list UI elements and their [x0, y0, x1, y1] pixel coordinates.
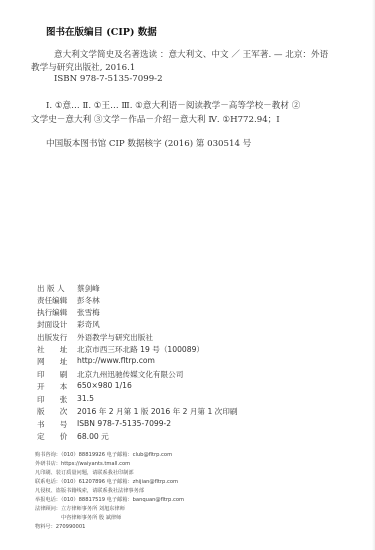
row-value: 2016 年 2 月第 1 版 2016 年 2 月第 1 次印刷	[77, 406, 237, 417]
row-label: 书 号	[37, 419, 77, 430]
row-label: 责任编辑	[37, 295, 77, 306]
row-label: 版 次	[37, 406, 77, 417]
cip-verification-number: 中国版本图书馆 CIP 数据核字 (2016) 第 030514 号	[46, 137, 251, 149]
copyright-row-isbn: 书 号 ISBN 978-7-5135-7099-2	[37, 419, 171, 430]
copyright-row-distributor: 出版发行 外语教学与研究出版社	[37, 332, 153, 343]
contact-line: 法律顾问：立方律师事务所 刘旭东律师	[35, 505, 125, 512]
cip-book-line-2: 教学与研究出版社, 2016.1	[31, 61, 135, 73]
cip-classification-line-1: Ⅰ. ①意… Ⅱ. ①王… Ⅲ. ①意大利语－阅读教学－高等学校－教材 ②	[46, 99, 300, 111]
copyright-row-publisher: 出 版 人 蔡剑峰	[37, 283, 100, 294]
contact-line: 中咨律师事务所 殷 斌律师	[35, 514, 121, 521]
contact-line: 举报电话：（010）88817519 电子邮箱：banquan@fltrp.co…	[35, 496, 184, 503]
cip-isbn: ISBN 978-7-5135-7099-2	[54, 74, 163, 84]
row-label: 封面设计	[37, 319, 77, 330]
row-value: 张雪梅	[77, 307, 100, 318]
cip-title: 图书在版编目 (CIP) 数据	[46, 24, 157, 38]
row-label: 社 址	[37, 344, 77, 355]
row-value: 蔡剑峰	[77, 283, 100, 294]
row-value: 外语教学与研究出版社	[77, 332, 153, 343]
row-label: 定 价	[37, 431, 77, 442]
row-value: 北京市西三环北路 19 号（100089）	[77, 344, 204, 355]
row-label: 出 版 人	[37, 283, 77, 294]
copyright-row-cover-design: 封面设计 彩奇风	[37, 319, 100, 330]
website-link[interactable]: http://www.fltrp.com	[77, 356, 155, 367]
row-label: 印 刷	[37, 369, 77, 380]
row-value: 北京九州迅驰传媒文化有限公司	[77, 369, 183, 380]
contact-line: 购书咨询：（010）88819926 电子邮箱：club@fltrp.com	[35, 451, 172, 458]
cip-classification-line-2: 文学史－意大利 ③文学－作品－介绍－意大利 Ⅳ. ①H772.94；Ⅰ	[31, 113, 280, 125]
copyright-row-edition: 版 次 2016 年 2 月第 1 版 2016 年 2 月第 1 次印刷	[37, 406, 237, 417]
row-value: 68.00 元	[77, 431, 109, 442]
contact-line: 外研书店：https://waiyants.tmall.com	[35, 460, 130, 467]
row-value: 650×980 1/16	[77, 381, 132, 392]
row-label: 开 本	[37, 381, 77, 392]
copyright-row-executive-editor: 执行编辑 张雪梅	[37, 307, 100, 318]
row-value: 彭冬林	[77, 295, 100, 306]
copyright-row-printer: 印 刷 北京九州迅驰传媒文化有限公司	[37, 369, 183, 380]
contact-line: 联系电话：（010）61207896 电子邮箱：zhijian@fltrp.co…	[35, 478, 178, 485]
row-value: 彩奇风	[77, 319, 100, 330]
row-value: ISBN 978-7-5135-7099-2	[77, 419, 171, 430]
contact-line: 凡侵权、盗版书籍线索，请联系我社法律事务部	[35, 487, 144, 494]
copyright-row-sheets: 印 张 31.5	[37, 394, 94, 405]
row-label: 执行编辑	[37, 307, 77, 318]
copyright-row-price: 定 价 68.00 元	[37, 431, 109, 442]
contact-line: 凡印刷、装订质量问题，请联系我社印制部	[35, 469, 134, 476]
contact-line: 物料号：270990001	[35, 523, 85, 530]
row-label: 出版发行	[37, 332, 77, 343]
copyright-row-address: 社 址 北京市西三环北路 19 号（100089）	[37, 344, 204, 355]
row-label: 网 址	[37, 356, 77, 367]
row-value: 31.5	[77, 394, 94, 405]
copyright-row-format: 开 本 650×980 1/16	[37, 381, 132, 392]
row-label: 印 张	[37, 394, 77, 405]
copyright-row-website: 网 址 http://www.fltrp.com	[37, 356, 155, 367]
cip-book-line-1: 意大利文学简史及名著选读 ：意大利文、中文 ／ 王军著. — 北京：外语	[54, 48, 328, 60]
copyright-row-editor: 责任编辑 彭冬林	[37, 295, 100, 306]
